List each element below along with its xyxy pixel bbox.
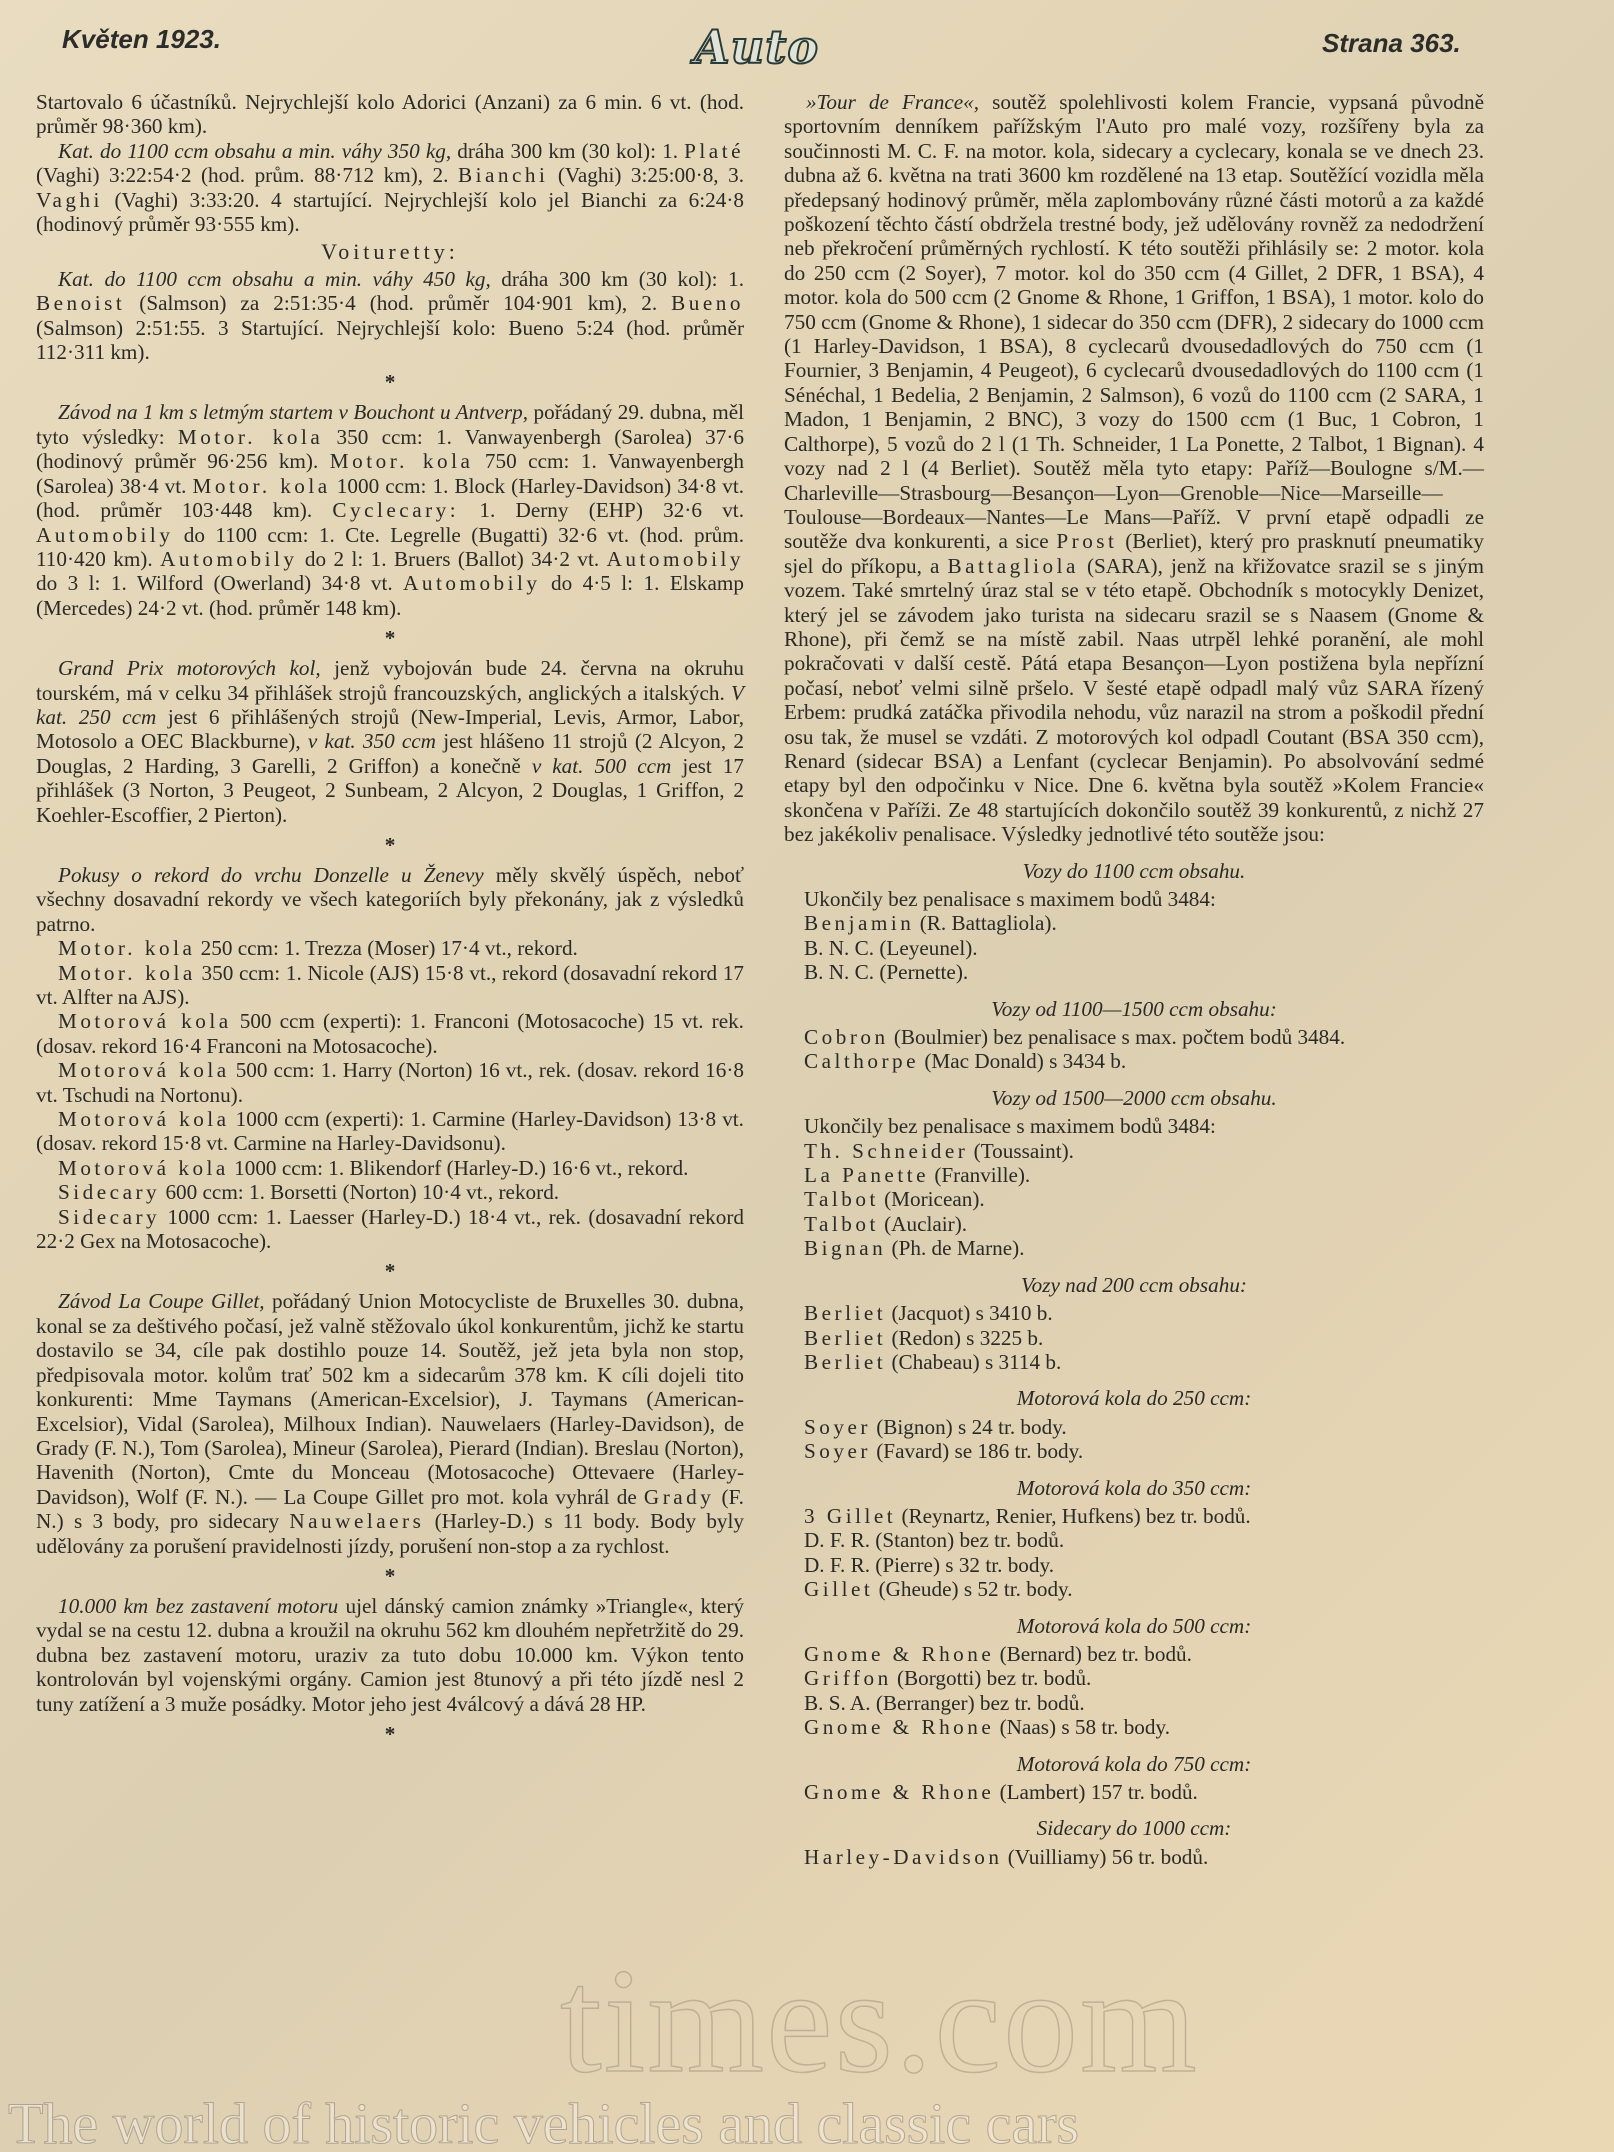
result-entry: La Panette (Franville). [784,1163,1484,1187]
result-entry: Talbot (Moricean). [784,1187,1484,1211]
kat-1100-350-lead: Kat. do 1100 ccm obsahu a min. váhy 350 … [58,139,451,163]
issue-date: Květen 1923. [62,24,221,55]
section-separator: * [36,1558,744,1594]
result-entry: B. S. A. (Berranger) bez tr. bodů. [784,1691,1484,1715]
results-category-heading: Vozy nad 200 ccm obsahu: [784,1273,1484,1297]
results-category-heading: Vozy od 1500—2000 ccm obsahu. [784,1086,1484,1110]
watermark-site: times.com [560,1935,1199,2107]
section-separator: * [36,827,744,863]
record-item: Sidecary 600 ccm: 1. Borsetti (Norton) 1… [36,1180,744,1204]
page-header: Květen 1923. Auto Strana 363. [0,0,1614,90]
grand-prix-paragraph: Grand Prix motorových kol, jenž vybojová… [36,656,744,827]
results-list: Vozy do 1100 ccm obsahu.Ukončily bez pen… [784,859,1484,1870]
record-item: Motor. kola 350 ccm: 1. Nicole (AJS) 15·… [36,961,744,1010]
results-category-heading: Motorová kola do 250 ccm: [784,1386,1484,1410]
record-item: Motorová kola 1000 ccm: 1. Blikendorf (H… [36,1156,744,1180]
intro-paragraph: Startovalo 6 účastníků. Nejrychlejší kol… [36,90,744,139]
result-entry: Bignan (Ph. de Marne). [784,1236,1484,1260]
result-entry: Ukončily bez penalisace s maximem bodů 3… [784,1114,1484,1138]
section-separator: * [36,364,744,400]
result-entry: D. F. R. (Pierre) s 32 tr. body. [784,1553,1484,1577]
section-separator: * [36,620,744,656]
result-entry: Berliet (Jacquot) s 3410 b. [784,1301,1484,1325]
donzelle-records-list: Motor. kola 250 ccm: 1. Trezza (Moser) 1… [36,936,744,1253]
record-item: Motor. kola 250 ccm: 1. Trezza (Moser) 1… [36,936,744,960]
results-category-heading: Motorová kola do 350 ccm: [784,1476,1484,1500]
record-item: Motorová kola 500 ccm: 1. Harry (Norton)… [36,1058,744,1107]
right-column: »Tour de France«, soutěž spolehlivosti k… [784,90,1484,1869]
record-item: Sidecary 1000 ccm: 1. Laesser (Harley-D.… [36,1205,744,1254]
result-entry: Th. Schneider (Toussaint). [784,1139,1484,1163]
result-entry: Cobron (Boulmier) bez penalisace s max. … [784,1025,1484,1049]
result-entry: Gillet (Gheude) s 52 tr. body. [784,1577,1484,1601]
voituretty-heading: Voituretty: [36,240,744,264]
result-entry: Soyer (Bignon) s 24 tr. body. [784,1415,1484,1439]
bouchout-paragraph: Závod na 1 km s letmým startem v Bouchon… [36,400,744,620]
left-column: Startovalo 6 účastníků. Nejrychlejší kol… [36,90,744,1752]
result-entry: Talbot (Auclair). [784,1212,1484,1236]
result-entry: 3 Gillet (Reynartz, Renier, Hufkens) bez… [784,1504,1484,1528]
record-item: Motorová kola 1000 ccm (experti): 1. Car… [36,1107,744,1156]
result-entry: Griffon (Borgotti) bez tr. bodů. [784,1666,1484,1690]
kat-1100-450-paragraph: Kat. do 1100 ccm obsahu a min. váhy 450 … [36,267,744,365]
result-entry: B. N. C. (Pernette). [784,960,1484,984]
tour-de-france-paragraph: »Tour de France«, soutěž spolehlivosti k… [784,90,1484,847]
result-entry: Berliet (Chabeau) s 3114 b. [784,1350,1484,1374]
result-entry: D. F. R. (Stanton) bez tr. bodů. [784,1528,1484,1552]
result-entry: Ukončily bez penalisace s maximem bodů 3… [784,887,1484,911]
page-number: Strana 363. [1322,28,1461,59]
camion-paragraph: 10.000 km bez zastavení motoru ujel dáns… [36,1594,744,1716]
donzelle-paragraph: Pokusy o rekord do vrchu Donzelle u Žene… [36,863,744,936]
coupe-gillet-paragraph: Závod La Coupe Gillet, pořádaný Union Mo… [36,1289,744,1557]
results-category-heading: Sidecary do 1000 ccm: [784,1816,1484,1840]
results-category-heading: Vozy do 1100 ccm obsahu. [784,859,1484,883]
results-category-heading: Motorová kola do 500 ccm: [784,1614,1484,1638]
result-entry: Berliet (Redon) s 3225 b. [784,1326,1484,1350]
result-entry: Gnome & Rhone (Naas) s 58 tr. body. [784,1715,1484,1739]
result-entry: Gnome & Rhone (Lambert) 157 tr. bodů. [784,1780,1484,1804]
watermark-tagline: The world of historic vehicles and class… [8,2090,1079,2152]
results-category-heading: Motorová kola do 750 ccm: [784,1752,1484,1776]
result-entry: Gnome & Rhone (Bernard) bez tr. bodů. [784,1642,1484,1666]
section-separator: * [36,1253,744,1289]
result-entry: Harley-Davidson (Vuilliamy) 56 tr. bodů. [784,1845,1484,1869]
result-entry: Calthorpe (Mac Donald) s 3434 b. [784,1049,1484,1073]
record-item: Motorová kola 500 ccm (experti): 1. Fran… [36,1009,744,1058]
result-entry: Soyer (Favard) se 186 tr. body. [784,1439,1484,1463]
results-category-heading: Vozy od 1100—1500 ccm obsahu: [784,997,1484,1021]
section-separator: * [36,1716,744,1752]
kat-1100-350-paragraph: Kat. do 1100 ccm obsahu a min. váhy 350 … [36,139,744,237]
magazine-logo: Auto [694,20,819,74]
result-entry: B. N. C. (Leyeunel). [784,936,1484,960]
result-entry: Benjamin (R. Battagliola). [784,911,1484,935]
